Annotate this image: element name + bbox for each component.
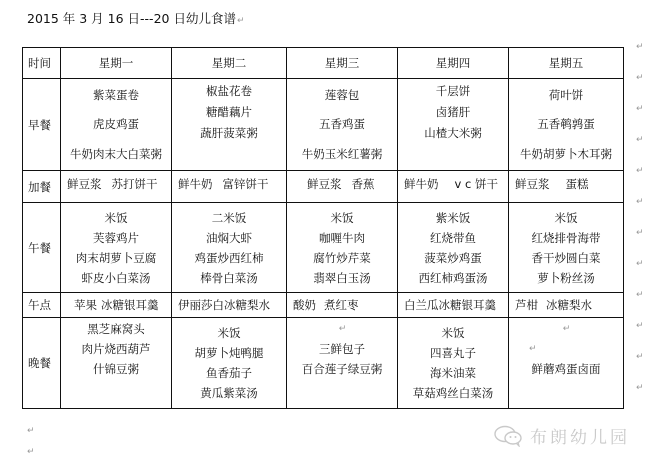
- meal-label: 早餐: [23, 79, 61, 171]
- lunch-thursday: 紫米饭 红烧带鱼 菠菜炒鸡蛋 西红柿鸡蛋汤: [398, 203, 509, 293]
- paragraph-mark: ↵: [27, 426, 35, 436]
- snack-friday: 鲜豆浆蛋糕: [509, 171, 624, 203]
- afternoon-thursday: 白兰瓜冰糖银耳羹: [398, 293, 509, 318]
- afternoon-friday: 芦柑冰糖梨水: [509, 293, 624, 318]
- watermark-text: 布朗幼儿园: [530, 423, 630, 448]
- breakfast-friday: 荷叶饼 五香鹌鹑蛋 牛奶胡萝卜木耳粥: [509, 79, 624, 171]
- lunch-friday: 米饭 红烧排骨海带 香干炒圆白菜 萝卜粉丝汤: [509, 203, 624, 293]
- snack-tuesday: 鲜牛奶富锌饼干: [172, 171, 287, 203]
- document-title: 2015 年 3 月 16 日---20 日幼儿食谱↵: [27, 9, 245, 27]
- breakfast-tuesday: 椒盐花卷 糖醋藕片 蔬肝菠菜粥: [172, 79, 287, 171]
- paragraph-marks-column: ↵ ↵ ↵ ↵ ↵ ↵ ↵ ↵ ↵ ↵ ↵ ↵: [636, 42, 656, 414]
- afternoon-tuesday: 伊丽莎白冰糖梨水: [172, 293, 287, 318]
- header-time: 时间: [23, 48, 61, 79]
- header-wednesday: 星期三: [287, 48, 398, 79]
- header-tuesday: 星期二: [172, 48, 287, 79]
- menu-table: 时间 星期一 星期二 星期三 星期四 星期五 早餐 紫菜蛋卷 虎皮鸡蛋 牛奶肉末…: [22, 47, 624, 409]
- breakfast-monday: 紫菜蛋卷 虎皮鸡蛋 牛奶肉末大白菜粥: [61, 79, 172, 171]
- dinner-thursday: 米饭 四喜丸子 海米油菜 草菇鸡丝白菜汤: [398, 318, 509, 409]
- wechat-icon: [494, 425, 524, 447]
- meal-label: 加餐: [23, 171, 61, 203]
- meal-label: 午点: [23, 293, 61, 318]
- dinner-tuesday: 米饭 胡萝卜炖鸭腿 鱼香茄子 黄瓜紫菜汤: [172, 318, 287, 409]
- dinner-wednesday: ↵ 三鲜包子 百合莲子绿豆粥: [287, 318, 398, 409]
- afternoon-monday: 苹果冰糖银耳羹: [61, 293, 172, 318]
- paragraph-mark: ↵: [27, 447, 35, 457]
- lunch-wednesday: 米饭 咖喱牛肉 腐竹炒芹菜 翡翠白玉汤: [287, 203, 398, 293]
- row-snack: 加餐 鲜豆浆苏打饼干 鲜牛奶富锌饼干 鲜豆浆香蕉 鲜牛奶v c 饼干 鲜豆浆蛋糕: [23, 171, 624, 203]
- snack-wednesday: 鲜豆浆香蕉: [287, 171, 398, 203]
- watermark: 布朗幼儿园: [494, 423, 630, 448]
- row-dinner: 晚餐 黑芝麻窝头 肉片烧西葫芦 什锦豆粥 米饭 胡萝卜炖鸭腿 鱼香茄子 黄瓜紫菜…: [23, 318, 624, 409]
- meal-label: 午餐: [23, 203, 61, 293]
- header-row: 时间 星期一 星期二 星期三 星期四 星期五: [23, 48, 624, 79]
- breakfast-thursday: 千层饼 卤猪肝 山楂大米粥: [398, 79, 509, 171]
- header-thursday: 星期四: [398, 48, 509, 79]
- snack-thursday: 鲜牛奶v c 饼干: [398, 171, 509, 203]
- lunch-monday: 米饭 芙蓉鸡片 肉末胡萝卜豆腐 虾皮小白菜汤: [61, 203, 172, 293]
- row-afternoon-snack: 午点 苹果冰糖银耳羹 伊丽莎白冰糖梨水 酸奶煮红枣 白兰瓜冰糖银耳羹 芦柑冰糖梨…: [23, 293, 624, 318]
- snack-monday: 鲜豆浆苏打饼干: [61, 171, 172, 203]
- header-monday: 星期一: [61, 48, 172, 79]
- breakfast-wednesday: 莲蓉包 五香鸡蛋 牛奶玉米红薯粥: [287, 79, 398, 171]
- dinner-monday: 黑芝麻窝头 肉片烧西葫芦 什锦豆粥: [61, 318, 172, 409]
- afternoon-wednesday: 酸奶煮红枣: [287, 293, 398, 318]
- lunch-tuesday: 二米饭 油焖大虾 鸡蛋炒西红柿 棒骨白菜汤: [172, 203, 287, 293]
- header-friday: 星期五: [509, 48, 624, 79]
- row-breakfast: 早餐 紫菜蛋卷 虎皮鸡蛋 牛奶肉末大白菜粥 椒盐花卷 糖醋藕片 蔬肝菠菜粥 莲蓉…: [23, 79, 624, 171]
- meal-label: 晚餐: [23, 318, 61, 409]
- dinner-friday: ↵ ↵ 鲜蘑鸡蛋卤面: [509, 318, 624, 409]
- row-lunch: 午餐 米饭 芙蓉鸡片 肉末胡萝卜豆腐 虾皮小白菜汤 二米饭 油焖大虾 鸡蛋炒西红…: [23, 203, 624, 293]
